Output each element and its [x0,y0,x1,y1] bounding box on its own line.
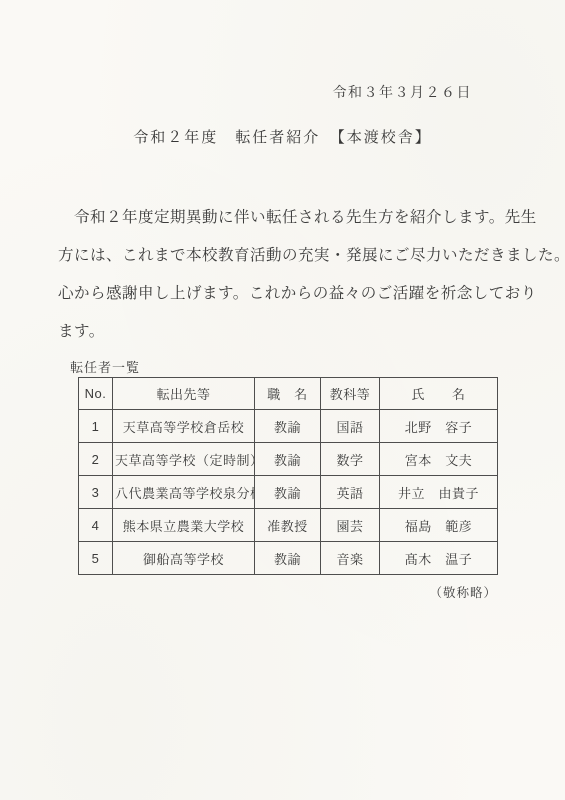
document-date: 令和３年３月２６日 [333,82,473,102]
cell-position: 教諭 [255,542,321,575]
table-caption: 転任者一覧 [70,357,140,376]
col-header-no: No. [79,378,113,410]
col-header-destination: 転出先等 [113,378,255,410]
cell-no: 3 [79,476,113,509]
cell-no: 2 [79,443,113,476]
cell-destination: 天草高等学校倉岳校 [113,410,255,443]
body-line: ます。 [58,313,510,351]
cell-no: 1 [79,410,113,443]
honorifics-omitted-note: （敬称略） [78,583,497,601]
cell-no: 5 [79,542,113,575]
cell-subject: 数学 [321,443,380,476]
body-line: 方には、これまで本校教育活動の充実・発展にご尽力いただきました。 [58,237,510,275]
col-header-subject: 教科等 [321,378,380,410]
body-line: 心から感謝申し上げます。これからの益々のご活躍を祈念しており [58,275,510,313]
cell-name: 福島 範彦 [380,509,498,542]
cell-subject: 園芸 [321,509,380,542]
cell-destination: 熊本県立農業大学校 [113,509,255,542]
cell-subject: 国語 [321,410,380,443]
cell-name: 井立 由貴子 [380,476,498,509]
cell-name: 宮本 文夫 [380,443,498,476]
table-header-row: No. 転出先等 職 名 教科等 氏 名 [79,378,498,410]
table-row: 2天草高等学校（定時制）教諭数学宮本 文夫 [79,443,498,476]
table-row: 4熊本県立農業大学校准教授園芸福島 範彦 [79,509,498,542]
document-title: 令和２年度 転任者紹介 【本渡校舎】 [0,126,565,147]
cell-subject: 音楽 [321,542,380,575]
body-paragraph: 令和２年度定期異動に伴い転任される先生方を紹介します。先生 方には、これまで本校… [58,199,510,351]
cell-name: 北野 容子 [380,410,498,443]
cell-no: 4 [79,509,113,542]
col-header-name: 氏 名 [380,378,498,410]
table-row: 5御船高等学校教諭音楽髙木 温子 [79,542,498,575]
transfer-table: No. 転出先等 職 名 教科等 氏 名 1天草高等学校倉岳校教諭国語北野 容子… [78,377,498,575]
cell-position: 教諭 [255,410,321,443]
scanned-document-page: 令和３年３月２６日 令和２年度 転任者紹介 【本渡校舎】 令和２年度定期異動に伴… [0,0,565,800]
cell-destination: 御船高等学校 [113,542,255,575]
table-row: 1天草高等学校倉岳校教諭国語北野 容子 [79,410,498,443]
body-line: 令和２年度定期異動に伴い転任される先生方を紹介します。先生 [58,199,510,237]
table-row: 3八代農業高等学校泉分校教諭英語井立 由貴子 [79,476,498,509]
cell-position: 教諭 [255,443,321,476]
cell-position: 准教授 [255,509,321,542]
cell-destination: 八代農業高等学校泉分校 [113,476,255,509]
cell-name: 髙木 温子 [380,542,498,575]
cell-destination: 天草高等学校（定時制） [113,443,255,476]
cell-subject: 英語 [321,476,380,509]
col-header-position: 職 名 [255,378,321,410]
cell-position: 教諭 [255,476,321,509]
